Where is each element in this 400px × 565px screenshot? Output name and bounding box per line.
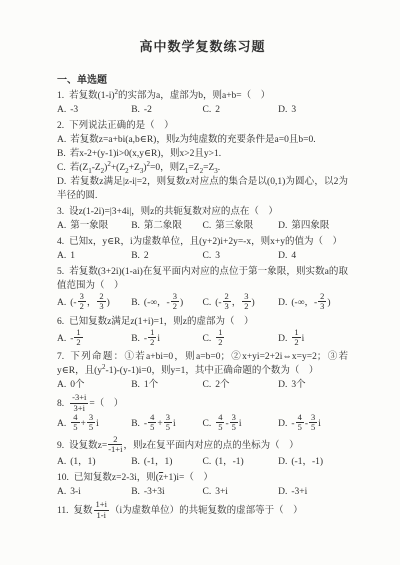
option-label: C. <box>202 298 211 308</box>
options: A.(1，1)B.(-1，1)C.(1，-1)D.(-1，-1) <box>57 455 348 469</box>
options: A.-12B.-12iC.12D.12i <box>57 329 348 349</box>
option-label: B. <box>131 419 140 429</box>
section-heading: 一、单选题 <box>57 71 348 86</box>
question-stem: 1.若复数(1-i)2的实部为a，虚部为b，则a+b=（ ） <box>57 89 348 103</box>
option-D: D.第四象限 <box>278 219 348 233</box>
option-label: D. <box>57 177 66 187</box>
option-B: B.(-∞，-32) <box>131 293 202 313</box>
question-9: 9.设复数z=2-1+i，则z在复平面内对应的点的坐标为（ ）A.(1，1)B.… <box>57 436 348 470</box>
option-C: C.3+i <box>202 485 278 499</box>
option-C: C.45-35i <box>202 414 278 434</box>
option-D: D.(-1，-1) <box>278 455 348 469</box>
option-label: A. <box>57 419 66 429</box>
question-number: 8. <box>57 399 64 409</box>
option-label: D. <box>278 457 287 467</box>
option-label: C. <box>202 251 211 261</box>
question-stem: 11.复数1+i1-i（i为虚数单位）的共轭复数的虚部等于（ ） <box>57 501 348 521</box>
option-C: C.第三象限 <box>202 219 278 233</box>
question-number: 7. <box>57 352 64 362</box>
question-number: 4. <box>57 237 64 247</box>
option-label: D. <box>278 334 287 344</box>
question-4: 4.已知x，y∈R，i为虚数单位，且(y+2)i+2y=-x，则x+y的值为（ … <box>57 235 348 263</box>
option-A: A.(1，1) <box>57 455 131 469</box>
fraction: -3+i3+i <box>70 393 88 413</box>
question-3: 3.设z(1-2i)=|3+4i|，则z的共轭复数对应的点在（ ）A.第一象限B… <box>57 205 348 233</box>
options: A.(-32，23)B.(-∞，-32)C.(-23，32)D.(-∞，-23) <box>57 293 348 313</box>
option-label: B. <box>131 251 140 261</box>
option-C: C.若(Z1-Z2)2+(Z2+Z3)2=0，则Z1=Z2=Z3. <box>57 161 348 175</box>
question-number: 11. <box>57 506 69 516</box>
fraction: 35 <box>164 413 172 433</box>
option-label: D. <box>278 105 287 115</box>
option-B: B.-2 <box>131 103 202 117</box>
option-label: D. <box>278 221 287 231</box>
option-label: D. <box>278 251 287 261</box>
fraction: 23 <box>97 292 105 312</box>
option-label: B. <box>131 487 140 497</box>
option-B: B.-3+3i <box>131 485 202 499</box>
option-label: C. <box>57 163 66 173</box>
option-label: A. <box>57 334 66 344</box>
question-number: 2. <box>57 121 64 131</box>
option-label: C. <box>202 380 211 390</box>
option-D: D.(-∞，-23) <box>278 293 348 313</box>
question-1: 1.若复数(1-i)2的实部为a，虚部为b，则a+b=（ ）A.-3B.-2C.… <box>57 89 348 117</box>
option-D: D.3 <box>278 103 348 117</box>
fraction: 35 <box>309 413 317 433</box>
conjugate-bar: z <box>159 473 163 483</box>
option-D: D.-3+i <box>278 485 348 499</box>
fraction: 12 <box>292 328 300 348</box>
question-number: 10. <box>57 473 69 483</box>
option-A: A.第一象限 <box>57 219 131 233</box>
option-label: A. <box>57 380 66 390</box>
question-10: 10.已知复数z=2-3i，则(z+1)i=（ ）A.3-iB.-3+3iC.3… <box>57 471 348 499</box>
fraction: 45 <box>71 413 79 433</box>
options: A.若复数z=a+bi(a,b∈R)，则z为纯虚数的充要条件是a=0且b=0.B… <box>57 133 348 203</box>
option-D: D.3个 <box>278 378 348 392</box>
fraction: 12 <box>148 328 156 348</box>
option-label: D. <box>278 380 287 390</box>
option-C: C.(-23，32) <box>202 293 278 313</box>
fraction: 1+i1-i <box>94 500 109 520</box>
question-2: 2.下列说法正确的是（ ）A.若复数z=a+bi(a,b∈R)，则z为纯虚数的充… <box>57 119 348 203</box>
option-label: B. <box>131 298 140 308</box>
fraction: 32 <box>242 292 250 312</box>
options: A.第一象限B.第二象限C.第三象限D.第四象限 <box>57 219 348 233</box>
question-stem: 9.设复数z=2-1+i，则z在复平面内对应的点的坐标为（ ） <box>57 436 348 456</box>
option-label: A. <box>57 298 66 308</box>
option-D: D.12i <box>278 329 348 349</box>
option-label: A. <box>57 221 66 231</box>
option-C: C.12 <box>202 329 278 349</box>
question-stem: 4.已知x，y∈R，i为虚数单位，且(y+2)i+2y=-x，则x+y的值为（ … <box>57 235 348 249</box>
option-C: C.(1，-1) <box>202 455 278 469</box>
option-label: A. <box>57 251 66 261</box>
option-label: B. <box>57 149 66 159</box>
option-B: B.1个 <box>131 378 202 392</box>
fraction: 12 <box>74 328 82 348</box>
option-label: A. <box>57 105 66 115</box>
option-label: D. <box>278 419 287 429</box>
question-stem: 6.已知复数z满足z(1+i)=1，则z的虚部为（ ） <box>57 315 348 329</box>
option-A: A.1 <box>57 249 131 263</box>
question-7: 7.下列命题：①若a+bi=0，则a=b=0；②x+yi=2+2i⇔x=y=2；… <box>57 350 348 392</box>
option-label: B. <box>131 221 140 231</box>
option-D: D.若复数z满足|z-i|=2，则复数z对应点的集合是以(0,1)为圆心，以2为… <box>57 175 348 203</box>
question-6: 6.已知复数z满足z(1+i)=1，则z的虚部为（ ）A.-12B.-12iC.… <box>57 315 348 349</box>
option-B: B.-45+35i <box>131 414 202 434</box>
option-B: B.若x-2+(y-1)i>0(x,y∈R)，则x>2且y>1. <box>57 147 348 161</box>
worksheet-page: 高中数学复数练习题 一、单选题 1.若复数(1-i)2的实部为a，虚部为b，则a… <box>0 0 400 565</box>
option-A: A.45+35i <box>57 414 131 434</box>
options: A.1B.2C.3D.4 <box>57 249 348 263</box>
options: A.0个B.1个C.2个D.3个 <box>57 378 348 392</box>
option-A: A.(-32，23) <box>57 293 131 313</box>
option-label: C. <box>202 221 211 231</box>
option-A: A.若复数z=a+bi(a,b∈R)，则z为纯虚数的充要条件是a=0且b=0. <box>57 133 348 147</box>
question-number: 9. <box>57 441 64 451</box>
fraction: 45 <box>216 413 224 433</box>
option-label: A. <box>57 457 66 467</box>
fraction: 12 <box>216 328 224 348</box>
option-label: C. <box>202 457 211 467</box>
question-5: 5.若复数(3+2i)(1-ai)在复平面内对应的点位于第一象限，则实数a的取值… <box>57 265 348 313</box>
question-stem: 7.下列命题：①若a+bi=0，则a=b=0；②x+yi=2+2i⇔x=y=2；… <box>57 350 348 378</box>
option-label: B. <box>131 105 140 115</box>
fraction: 45 <box>148 413 156 433</box>
question-stem: 2.下列说法正确的是（ ） <box>57 119 348 133</box>
question-stem: 10.已知复数z=2-3i，则(z+1)i=（ ） <box>57 471 348 485</box>
option-B: B.-12i <box>131 329 202 349</box>
options: A.45+35iB.-45+35iC.45-35iD.-45-35i <box>57 414 348 434</box>
option-label: D. <box>278 298 287 308</box>
fraction: 23 <box>318 292 326 312</box>
question-11: 11.复数1+i1-i（i为虚数单位）的共轭复数的虚部等于（ ） <box>57 501 348 521</box>
option-A: A.3-i <box>57 485 131 499</box>
option-C: C.2 <box>202 103 278 117</box>
option-label: A. <box>57 487 66 497</box>
option-label: C. <box>202 105 211 115</box>
options: A.-3B.-2C.2D.3 <box>57 103 348 117</box>
question-list: 1.若复数(1-i)2的实部为a，虚部为b，则a+b=（ ）A.-3B.-2C.… <box>57 89 348 521</box>
option-B: B.2 <box>131 249 202 263</box>
option-D: D.-45-35i <box>278 414 348 434</box>
option-D: D.4 <box>278 249 348 263</box>
fraction: 45 <box>296 413 304 433</box>
question-number: 6. <box>57 317 64 327</box>
option-A: A.-3 <box>57 103 131 117</box>
option-label: B. <box>131 334 140 344</box>
option-label: C. <box>202 487 211 497</box>
option-B: B.(-1，1) <box>131 455 202 469</box>
question-number: 5. <box>57 267 64 277</box>
option-label: B. <box>131 457 140 467</box>
option-label: D. <box>278 487 287 497</box>
question-8: 8.-3+i3+i=（ ）A.45+35iB.-45+35iC.45-35iD.… <box>57 394 348 433</box>
fraction: 35 <box>87 413 95 433</box>
option-label: A. <box>57 135 66 145</box>
question-stem: 3.设z(1-2i)=|3+4i|，则z的共轭复数对应的点在（ ） <box>57 205 348 219</box>
option-C: C.2个 <box>202 378 278 392</box>
question-stem: 8.-3+i3+i=（ ） <box>57 394 348 414</box>
option-A: A.-12 <box>57 329 131 349</box>
question-number: 3. <box>57 207 64 217</box>
fraction: 2-1+i <box>108 435 122 455</box>
option-label: C. <box>202 334 211 344</box>
fraction: 32 <box>78 292 86 312</box>
option-label: C. <box>202 419 211 429</box>
question-stem: 5.若复数(3+2i)(1-ai)在复平面内对应的点位于第一象限，则实数a的取值… <box>57 265 348 293</box>
option-B: B.第二象限 <box>131 219 202 233</box>
option-label: B. <box>131 380 140 390</box>
page-title: 高中数学复数练习题 <box>57 36 348 55</box>
options: A.3-iB.-3+3iC.3+iD.-3+i <box>57 485 348 499</box>
fraction: 32 <box>171 292 179 312</box>
option-C: C.3 <box>202 249 278 263</box>
fraction: 35 <box>230 413 238 433</box>
fraction: 23 <box>223 292 231 312</box>
question-number: 1. <box>57 91 64 101</box>
option-A: A.0个 <box>57 378 131 392</box>
